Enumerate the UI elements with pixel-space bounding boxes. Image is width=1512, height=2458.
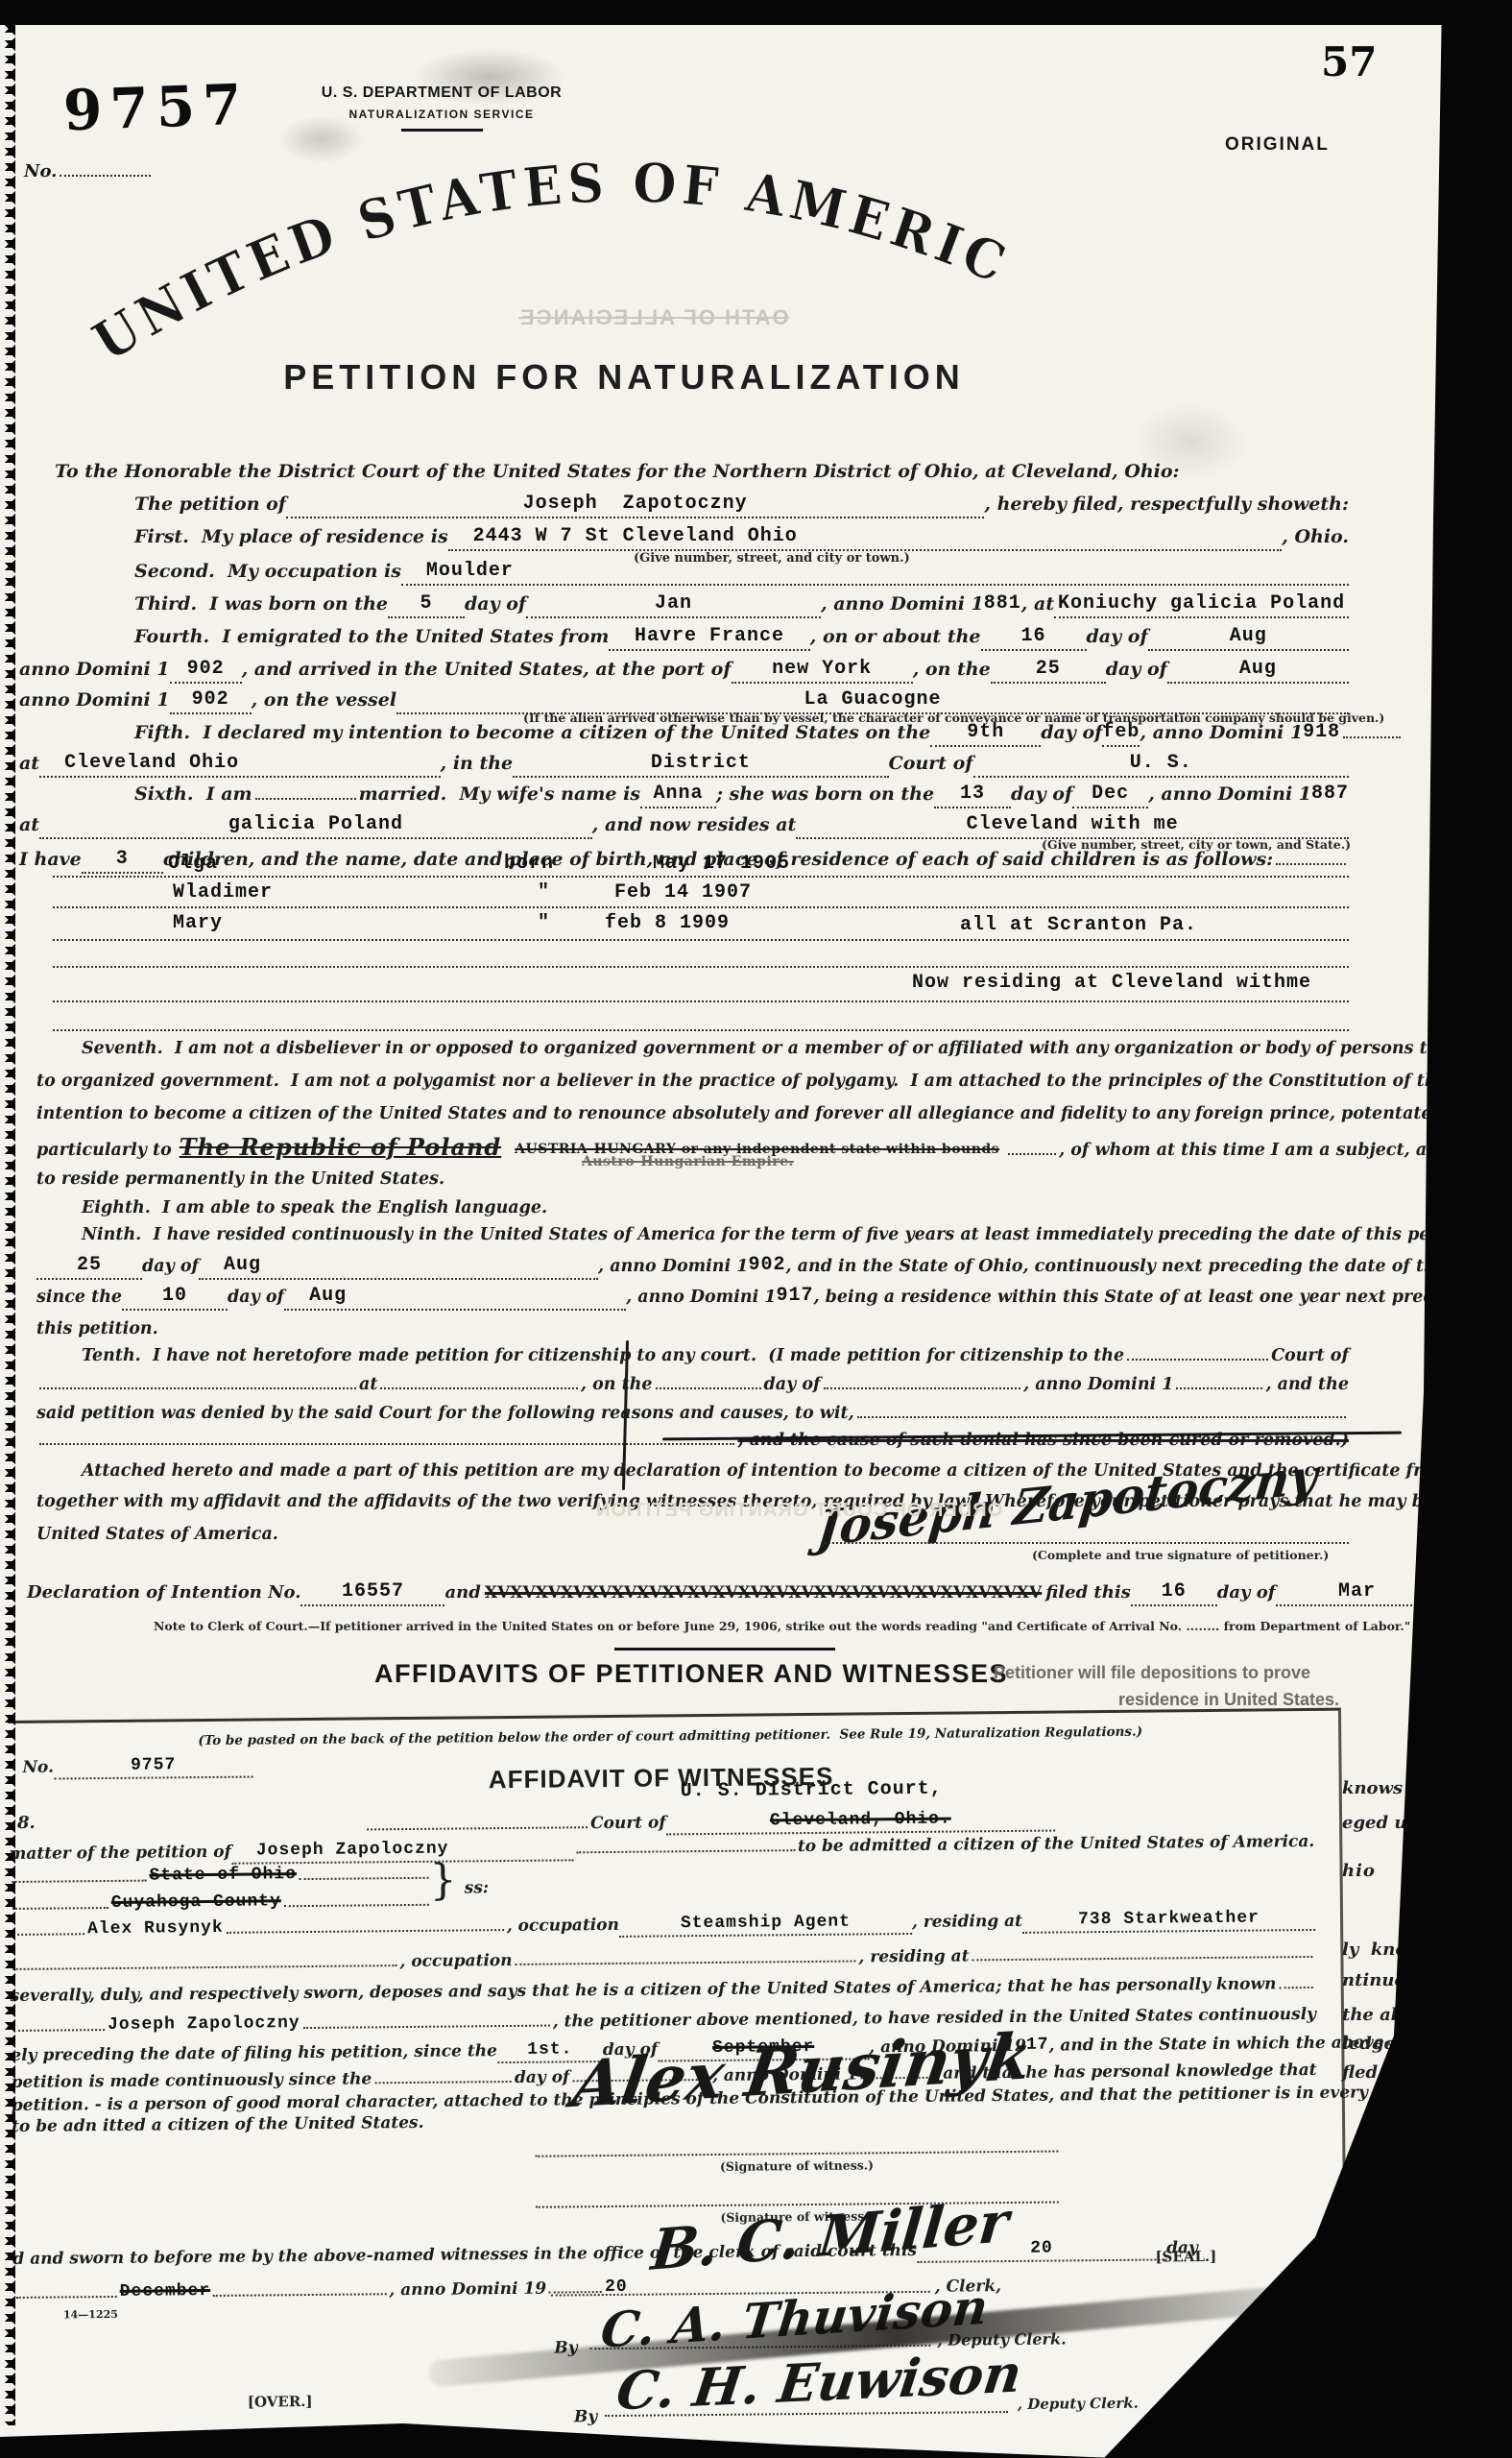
- header-rule: [401, 129, 483, 132]
- anno-domini-label: , anno Domini 1: [598, 1257, 748, 1276]
- occupation-field: Moulder: [401, 561, 1349, 586]
- sworn-text: severally, duly, and respectively sworn,…: [11, 1974, 1277, 2006]
- no-label: No.: [24, 161, 57, 181]
- state-since-year: 917: [776, 1285, 813, 1307]
- affidavit-no-field: 9757: [54, 1756, 253, 1780]
- document-title: PETITION FOR NATURALIZATION: [173, 357, 1075, 398]
- first-line: First. My place of residence is 2443 W 7…: [134, 526, 1349, 551]
- sworn-day: 20: [1030, 2239, 1053, 2258]
- seventh-text-f: to reside permanently in the United Stat…: [36, 1169, 444, 1189]
- state-since-month-field: Aug: [284, 1287, 626, 1311]
- section-divider: [614, 1648, 835, 1651]
- child-name: Wladimer: [173, 881, 273, 904]
- dotted-line: [367, 1822, 588, 1830]
- depositions-note-line1: Petitioner will file depositions to prov…: [994, 1663, 1310, 1683]
- depositions-note-line2: residence in United States.: [1118, 1690, 1339, 1710]
- december-line: December , anno Domini 19 20: [13, 2278, 628, 2304]
- married-label: married. My wife's name is: [359, 783, 640, 805]
- fourth-label: Fourth. I emigrated to the United States…: [134, 626, 609, 647]
- ninth-line-b: 25 day of Aug , anno Domini 1 902 , and …: [36, 1256, 1349, 1280]
- ninth-text-b: , and in the State of Ohio, continuously…: [785, 1257, 1512, 1276]
- no-label: No.: [22, 1758, 54, 1777]
- scan-edge-top: [0, 0, 1512, 25]
- first-suffix: , Ohio.: [1282, 526, 1349, 547]
- wife-birth-place-field: galicia Poland: [39, 814, 592, 839]
- declaration-day: 9th: [967, 721, 1004, 743]
- anno-domini-19-label: , anno Domini 19: [389, 2279, 546, 2301]
- edge-fragment-left: 8.: [17, 1813, 36, 1833]
- emigration-year: 902: [187, 658, 225, 680]
- declaration-number-field: 16557: [300, 1582, 444, 1606]
- matter-label: matter of the petition of: [9, 1843, 231, 1864]
- ninth-line-d: this petition.: [36, 1319, 1349, 1338]
- court-of-line: Court of Cleveland, Ohio.: [364, 1810, 1055, 1839]
- arrival-day-field: 25: [991, 659, 1106, 684]
- handwritten-republic-of-poland: The Republic of Poland: [180, 1133, 501, 1161]
- declaration-month-field: feb: [1102, 722, 1140, 747]
- child-birth-date: feb 8 1909: [605, 912, 730, 934]
- sixth-line-b: at galicia Poland , and now resides at C…: [19, 814, 1349, 839]
- arrival-year-field: 902: [170, 689, 252, 714]
- affidavit-no-line: No. 9757: [22, 1756, 252, 1780]
- sixth-label: Sixth. I am: [134, 783, 252, 805]
- anno-domini-label: , anno Domini 1: [1148, 783, 1311, 805]
- dotted-line: [13, 2025, 105, 2032]
- attached-line-c: United States of America.: [36, 1525, 1349, 1544]
- dotted-line: [12, 1903, 108, 1910]
- court-name-field: U. S.: [973, 753, 1350, 778]
- paste-note: (To be pasted on the back of the petitio…: [118, 1723, 1222, 1749]
- state-since-day-field: 10: [122, 1287, 228, 1311]
- dotted-line: [1279, 1983, 1312, 1988]
- at-label: at: [359, 1375, 377, 1394]
- wife-birth-place: galicia Poland: [228, 813, 403, 835]
- residence-since-year: 902: [748, 1254, 785, 1276]
- seventh-text-a: Seventh. I am not a disbeliever in or op…: [82, 1039, 1512, 1058]
- anno-domini-label: anno Domini 1: [19, 659, 170, 680]
- emigration-day-field: 16: [981, 626, 1087, 651]
- dotted-line: [576, 1845, 795, 1853]
- wife-birth-day: 13: [960, 783, 985, 805]
- clerk-signature: B. C. Miller: [649, 2189, 1012, 2283]
- us-arch-title: UNITED STATES OF AMERICA: [82, 152, 1019, 374]
- preceding-day: 1st.: [527, 2039, 572, 2059]
- declaration-day-field: 9th: [930, 722, 1041, 747]
- birth-place: Koniuchy galicia Poland: [1058, 592, 1345, 614]
- filed-day: 16: [1162, 1580, 1187, 1603]
- day-of-label: day of: [1011, 783, 1072, 805]
- day-of-label: day of: [142, 1257, 199, 1276]
- residing-at-label: , residing at: [912, 1912, 1022, 1932]
- struck-empire-text: Austro-Hungarian Empire.: [582, 1154, 1512, 1169]
- filed-day-field: 16: [1131, 1582, 1217, 1606]
- tenth-text-c: said petition was denied by the said Cou…: [36, 1404, 854, 1423]
- petition-number-stamp: 9757: [62, 72, 251, 144]
- fifth-label: Fifth. I declared my intention to become…: [134, 722, 930, 743]
- ss-label: ss:: [465, 1878, 490, 1897]
- day-of-label: day of: [1217, 1582, 1276, 1603]
- affidavits-heading: AFFIDAVITS OF PETITIONER AND WITNESSES: [326, 1659, 1056, 1689]
- and-the-label: , and the: [1265, 1375, 1349, 1394]
- dotted-line: [12, 1929, 84, 1936]
- arched-title-graphic: UNITED STATES OF AMERICA: [82, 152, 1027, 392]
- port-value: new York: [772, 658, 872, 680]
- known-petitioner-name: Joseph Zapoloczny: [108, 2013, 300, 2035]
- declaration-label: Declaration of Intention No.: [27, 1582, 300, 1603]
- by-label: By: [574, 2407, 597, 2426]
- petitioner-known-line: Joseph Zapoloczny , the petitioner above…: [11, 2005, 1316, 2037]
- dotted-line: [824, 1384, 1020, 1389]
- scan-stain: [1133, 403, 1248, 480]
- original-label: ORIGINAL: [1225, 134, 1330, 156]
- dotted-line: [380, 1384, 577, 1389]
- children-count: 3: [116, 848, 129, 870]
- signature-of-witness-caption: (Signature of witness.): [535, 2157, 1058, 2176]
- on-or-about-label: , on or about the: [810, 626, 981, 647]
- declaration-number: 16557: [342, 1580, 404, 1603]
- admitted-text: to be adn itted a citizen of the United …: [12, 2113, 424, 2136]
- child-born-label: ": [538, 912, 550, 934]
- anno-domini-label: , anno Domini 1: [1023, 1375, 1173, 1394]
- occupation-label: , occupation: [507, 1916, 619, 1936]
- court-of-label: Court of: [1271, 1346, 1349, 1365]
- child-born-label: ": [538, 881, 550, 904]
- ninth-text-d: this petition.: [36, 1319, 158, 1338]
- birth-day-field: 5: [388, 593, 465, 618]
- seventh-line-c: intention to become a citizen of the Uni…: [36, 1104, 1349, 1123]
- dotted-line: [255, 794, 356, 800]
- fourth-line-b: anno Domini 1 902 , and arrived in the U…: [19, 659, 1349, 684]
- court-type: District: [651, 752, 751, 774]
- witness1-occupation: Steamship Agent: [681, 1913, 851, 1934]
- affidavit-no: 9757: [131, 1755, 176, 1774]
- svg-text:UNITED STATES OF AMERICA: UNITED STATES OF AMERICA: [82, 152, 1019, 374]
- emigrated-from: Havre France: [635, 625, 784, 647]
- signature-rule: [821, 1542, 1349, 1544]
- occupation-value: Moulder: [426, 560, 514, 582]
- dotted-line: [300, 1873, 429, 1880]
- arrival-month-field: Aug: [1167, 659, 1349, 684]
- third-label: Third. I was born on the: [134, 593, 388, 614]
- ss-text: ss:: [465, 1878, 490, 1897]
- child-row-rule: [53, 906, 1349, 908]
- dotted-line: [1343, 733, 1401, 738]
- eighth-line: Eighth. I am able to speak the English l…: [82, 1198, 1349, 1217]
- residence-value: 2443 W 7 St Cleveland Ohio: [473, 525, 798, 547]
- blank-rule: [53, 1000, 1349, 1002]
- over-label: [OVER.]: [248, 2393, 313, 2411]
- matter-line: matter of the petition of Joseph Zapoloc…: [9, 1832, 1314, 1867]
- court-name: U. S.: [1130, 752, 1192, 774]
- emigration-day: 16: [1021, 625, 1046, 647]
- eighth-text: Eighth. I am able to speak the English l…: [82, 1198, 547, 1217]
- residence-since-month-field: Aug: [199, 1256, 598, 1280]
- by-text: By: [574, 2407, 597, 2426]
- at-label: , at: [1021, 593, 1054, 614]
- clerk-note: Note to Clerk of Court.—If petitioner ar…: [154, 1619, 1363, 1633]
- tenth-line-a: Tenth. I have not heretofore made petiti…: [82, 1346, 1349, 1365]
- dotted-line: [16, 2292, 117, 2299]
- witness2-line: , occupation , residing at: [10, 1943, 1315, 1975]
- child-name: Olga: [168, 853, 218, 875]
- sixth-line: Sixth. I am married. My wife's name is A…: [134, 783, 1349, 808]
- bleedthrough-order-text: ORDER OF COURT GRANTING PETITION: [595, 1500, 1002, 1522]
- ninth-text-a: Ninth. I have resided continuously in th…: [82, 1225, 1512, 1244]
- witness-signature: Alex Rusinyk: [567, 2018, 1037, 2122]
- wife-name: Anna: [654, 783, 704, 805]
- witness1-residence-field: 738 Starkweather: [1022, 1909, 1315, 1934]
- emigration-month-field: Aug: [1148, 626, 1349, 651]
- fifth-line-b: at Cleveland Ohio , in the District Cour…: [19, 753, 1349, 778]
- sworn-month: December: [120, 2281, 211, 2301]
- birth-place-field: Koniuchy galicia Poland: [1054, 593, 1349, 618]
- residence-since-day: 25: [77, 1254, 102, 1276]
- port-field: new York: [732, 659, 913, 684]
- child-name: Mary: [173, 912, 223, 934]
- residing-at-label: , residing at: [858, 1946, 969, 1966]
- wife-residence: Cleveland with me: [967, 813, 1179, 835]
- declaration-place-field: Cleveland Ohio: [39, 753, 441, 778]
- tenth-line-b: at , on the day of , anno Domini 1 , and…: [36, 1375, 1349, 1394]
- at-label: at: [19, 814, 39, 835]
- day-of-label: day of: [228, 1288, 284, 1307]
- birth-day: 5: [420, 592, 432, 614]
- day-of-label: day of: [1041, 722, 1102, 743]
- particularly-to-label: particularly to: [36, 1141, 172, 1160]
- page-number: 57: [1321, 38, 1377, 85]
- state-since-day: 10: [162, 1285, 187, 1307]
- state-line: State of Ohio: [9, 1866, 431, 1889]
- court-of-label: Court of: [590, 1813, 666, 1833]
- residing-note: Now residing at Cleveland withme: [912, 972, 1311, 994]
- arrival-year: 902: [192, 688, 229, 711]
- dotted-line: [549, 2287, 602, 2294]
- petition-of-label: The petition of: [134, 494, 286, 515]
- residence-since-day-field: 25: [36, 1256, 142, 1280]
- dotted-line: [972, 1952, 1312, 1961]
- arrival-day: 25: [1036, 658, 1061, 680]
- first-label: First. My place of residence is: [134, 526, 448, 547]
- children-label-a: I have: [19, 849, 82, 870]
- dotted-line: [1276, 859, 1346, 865]
- declaration-year: 918: [1303, 721, 1340, 743]
- vessel-label: , on the vessel: [252, 689, 396, 711]
- brace-glyph: }: [429, 1856, 456, 1905]
- bottom-deputy-clerk-label: , Deputy Clerk.: [1018, 2395, 1139, 2413]
- second-label: Second. My occupation is: [134, 561, 401, 582]
- dotted-line: [656, 1384, 761, 1389]
- child-row-rule: [53, 939, 1349, 941]
- petitioner-name-field: Joseph Zapotoczny: [286, 494, 984, 518]
- scan-stain: [278, 115, 365, 163]
- seventh-line-f: to reside permanently in the United Stat…: [36, 1169, 1349, 1189]
- service-name: NATURALIZATION SERVICE: [307, 108, 576, 121]
- witness1-occupation-field: Steamship Agent: [619, 1913, 912, 1938]
- children-residence: all at Scranton Pa.: [960, 914, 1197, 936]
- wife-residence-field: Cleveland with me: [796, 814, 1349, 839]
- dotted-line: [227, 1925, 504, 1934]
- vessel-name: La Guacogne: [804, 688, 942, 711]
- dotted-line: [1176, 1384, 1262, 1389]
- fourth-line: Fourth. I emigrated to the United States…: [134, 626, 1349, 651]
- at-label: at: [19, 753, 39, 774]
- court-of-label: Court of: [889, 753, 973, 774]
- wife-born-label: ; she was born on the: [716, 783, 934, 805]
- child-born-label: born: [504, 853, 554, 875]
- petition-of-line: The petition of Joseph Zapotoczny , here…: [134, 494, 1349, 518]
- wife-name-field: Anna: [640, 783, 716, 808]
- dotted-line: [39, 1384, 356, 1389]
- seventh-line-b: to organized government. I am not a poly…: [36, 1072, 1349, 1091]
- state-since-month: Aug: [309, 1285, 347, 1307]
- petitioner-name: Joseph Zapotoczny: [523, 493, 748, 515]
- day-of-label: day of: [1087, 626, 1148, 647]
- signature-caption: (Complete and true signature of petition…: [1032, 1548, 1329, 1562]
- child-birth-date: May 17 1905: [653, 853, 790, 875]
- child-row-rule: [53, 876, 1349, 878]
- tenth-line-c: said petition was denied by the said Cou…: [36, 1404, 1349, 1423]
- wife-birth-month-field: Dec: [1072, 783, 1148, 808]
- dotted-line: [857, 1412, 1346, 1418]
- blank-rule: [53, 966, 1349, 968]
- form-number: 14—1225: [63, 2308, 118, 2322]
- attached-text-c: United States of America.: [36, 1525, 278, 1544]
- preceding-label: ely preceding the date of filing his pet…: [11, 2041, 497, 2065]
- children-count-field: 3: [82, 849, 163, 874]
- day-of-label: day of: [465, 593, 526, 614]
- sworn-line: severally, duly, and respectively sworn,…: [11, 1974, 1316, 2006]
- emigration-month: Aug: [1230, 625, 1267, 647]
- paste-note-text: (To be pasted on the back of the petitio…: [198, 1724, 1142, 1748]
- on-the-label: , on the: [913, 659, 991, 680]
- dotted-line: [303, 2021, 550, 2029]
- arrival-month: Aug: [1239, 658, 1277, 680]
- blank-rule: [53, 1029, 1349, 1031]
- residence-field: 2443 W 7 St Cleveland Ohio: [448, 526, 1283, 551]
- resides-label: , and now resides at: [592, 814, 797, 835]
- on-the-label: , on the: [581, 1375, 653, 1394]
- dotted-line: [374, 2077, 512, 2084]
- birth-year: 881: [984, 592, 1021, 614]
- typed-court-name: U. S. District Court,: [681, 1778, 943, 1803]
- child-birth-date: Feb 14 1907: [614, 881, 752, 904]
- wife-birth-year: 887: [1311, 783, 1349, 805]
- dotted-line: [12, 1961, 396, 1970]
- anno-domini-label: , anno Domini 1: [1140, 722, 1303, 743]
- filed-this-label: filed this: [1045, 1582, 1131, 1603]
- county-line: Cuyahoga County: [10, 1892, 432, 1916]
- birth-month-field: Jan: [526, 593, 821, 618]
- witness1-name: Alex Rusynyk: [87, 1918, 224, 1939]
- county-value: Cuyahoga County: [111, 1892, 281, 1913]
- filed-month: Mar: [1338, 1580, 1376, 1603]
- seventh-text-b: to organized government. I am not a poly…: [36, 1072, 1512, 1091]
- preceding-suffix: , and in the State in which the above-: [1048, 2033, 1390, 2055]
- anno-domini-label: , anno Domini 1: [626, 1288, 776, 1307]
- perforated-left-edge: [0, 25, 15, 2425]
- matter-suffix: to be admitted a citizen of the United S…: [798, 1832, 1315, 1856]
- dotted-line: [12, 1876, 147, 1883]
- anno-domini-label: , anno Domini 1: [821, 593, 984, 614]
- declaration-line: Declaration of Intention No. 16557 and X…: [27, 1582, 1382, 1606]
- matter-name-field: Joseph Zapoloczny: [231, 1839, 573, 1864]
- ninth-line-a: Ninth. I have resided continuously in th…: [82, 1225, 1349, 1244]
- seal-label: [SEAL.]: [1155, 2248, 1216, 2266]
- dotted-line: [39, 1439, 734, 1445]
- in-the-label: , in the: [441, 753, 514, 774]
- declaration-place: Cleveland Ohio: [64, 752, 239, 774]
- wife-birth-day-field: 13: [934, 783, 1011, 808]
- second-line: Second. My occupation is Moulder: [134, 561, 1349, 586]
- wife-birth-month: Dec: [1092, 783, 1129, 805]
- third-line: Third. I was born on the 5 day of Jan , …: [134, 593, 1349, 618]
- court-field: Cleveland, Ohio.: [666, 1810, 1056, 1836]
- court-type-field: District: [513, 753, 889, 778]
- scan-stain: [413, 48, 566, 106]
- dotted-line: [516, 1957, 856, 1965]
- occupation-label: , occupation: [399, 1951, 512, 1971]
- day-of-label: day of: [764, 1375, 821, 1394]
- witness1-residence: 738 Starkweather: [1078, 1908, 1260, 1929]
- struck-certificate-text: XVXVXVXVXVXVXVXVXVXVXVXVXVXVXVXVXVXVXVXV…: [485, 1583, 1042, 1603]
- showeth-suffix: , hereby filed, respectfully showeth:: [984, 494, 1349, 515]
- dotted-line: [1127, 1355, 1268, 1361]
- arrived-label: , and arrived in the United States, at t…: [242, 659, 732, 680]
- fifth-line: Fifth. I declared my intention to become…: [134, 722, 1349, 747]
- emigrated-from-field: Havre France: [609, 626, 809, 651]
- salutation: To the Honorable the District Court of t…: [55, 461, 1180, 482]
- anno-domini-label: anno Domini 1: [19, 689, 170, 711]
- dotted-line: [284, 1900, 429, 1907]
- ninth-text-c: , being a residence within this State of…: [814, 1288, 1512, 1307]
- witness1-line: Alex Rusynyk , occupation Steamship Agen…: [10, 1909, 1315, 1943]
- state-value: State of Ohio: [149, 1865, 297, 1885]
- court-value: Cleveland, Ohio.: [770, 1810, 951, 1831]
- dotted-line: [213, 2289, 386, 2297]
- and-label: and: [444, 1582, 480, 1603]
- matter-petitioner-name: Joseph Zapoloczny: [256, 1840, 449, 1861]
- edge-fragment-typed: hio: [1342, 1861, 1376, 1881]
- document-page: 9757 No. U. S. DEPARTMENT OF LABOR NATUR…: [0, 0, 1512, 2458]
- day-of-label: day of: [515, 2067, 570, 2087]
- since-the-label: since the: [36, 1288, 122, 1307]
- day-of-label: day of: [1106, 659, 1167, 680]
- residence-since-month: Aug: [224, 1254, 261, 1276]
- continuous-text-a: petition is made continuously since the: [12, 2069, 372, 2092]
- emigration-year-field: 902: [170, 659, 242, 684]
- tenth-text-a: Tenth. I have not heretofore made petiti…: [82, 1346, 1124, 1365]
- seventh-text-c: intention to become a citizen of the Uni…: [36, 1104, 1512, 1123]
- declaration-month: feb: [1102, 721, 1140, 743]
- birth-month: Jan: [655, 592, 692, 614]
- ninth-line-c: since the 10 day of Aug , anno Domini 1 …: [36, 1287, 1349, 1311]
- seventh-line-a: Seventh. I am not a disbeliever in or op…: [82, 1039, 1349, 1058]
